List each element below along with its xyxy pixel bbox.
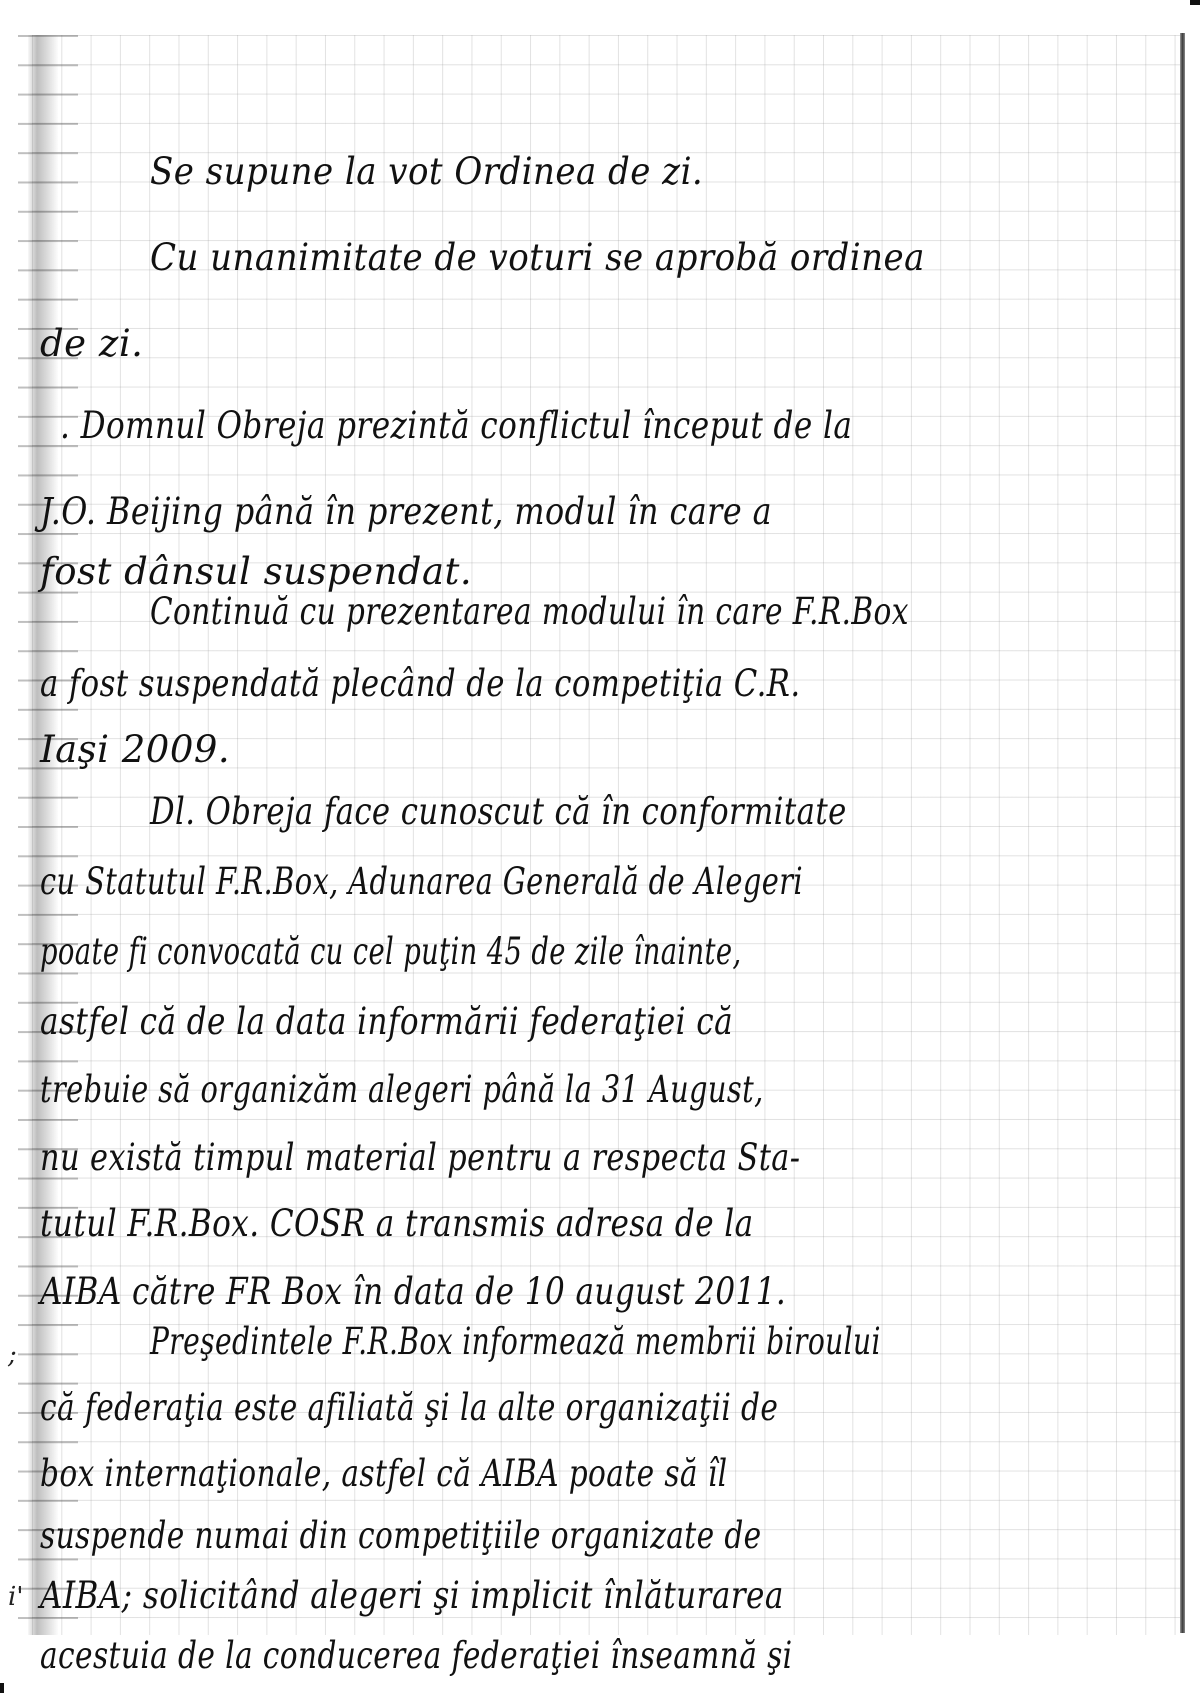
text-line: Preşedintele F.R.Box informează membrii … xyxy=(150,1320,881,1363)
margin-mark: ; xyxy=(8,1340,17,1370)
text-line: AIBA; solicitând alegeri şi implicit înl… xyxy=(40,1574,784,1617)
text-line: poate fi convocată cu cel puţin 45 de zi… xyxy=(40,930,742,973)
text-line: Iaşi 2009. xyxy=(40,728,230,771)
handwritten-text: Se supune la vot Ordinea de zi. Cu unani… xyxy=(0,0,1200,1693)
margin-mark: i' xyxy=(8,1582,23,1612)
text-line: de zi. xyxy=(40,322,143,365)
text-line: că federaţia este afiliată şi la alte or… xyxy=(40,1386,778,1429)
text-line: nu există timpul material pentru a respe… xyxy=(40,1136,800,1179)
text-line: J.O. Beijing până în prezent, modul în c… xyxy=(40,490,772,533)
text-line: cu Statutul F.R.Box, Adunarea Generală d… xyxy=(40,860,803,903)
text-line: Se supune la vot Ordinea de zi. xyxy=(150,150,703,193)
text-line: Cu unanimitate de voturi se aprobă ordin… xyxy=(150,236,925,279)
text-line: astfel că de la data informării federaţi… xyxy=(40,1000,733,1043)
text-line: box internaţionale, astfel că AIBA poate… xyxy=(40,1452,728,1495)
text-line: tutul F.R.Box. COSR a transmis adresa de… xyxy=(40,1202,754,1245)
text-line: trebuie să organizăm alegeri până la 31 … xyxy=(40,1068,764,1111)
text-line: suspende numai din competiţiile organiza… xyxy=(40,1514,762,1557)
text-line: AIBA către FR Box în data de 10 august 2… xyxy=(40,1270,786,1313)
text-line: acestuia de la conducerea federaţiei îns… xyxy=(40,1634,793,1677)
text-line: fost dânsul suspendat. xyxy=(40,550,472,593)
text-line: Continuă cu prezentarea modului în care … xyxy=(150,590,909,633)
text-line: . Domnul Obreja prezintă conflictul înce… xyxy=(60,404,852,447)
text-line: Dl. Obreja face cunoscut că în conformit… xyxy=(150,790,847,833)
text-line: a fost suspendată plecând de la competiţ… xyxy=(40,662,801,705)
scanned-page: Se supune la vot Ordinea de zi. Cu unani… xyxy=(0,0,1200,1693)
